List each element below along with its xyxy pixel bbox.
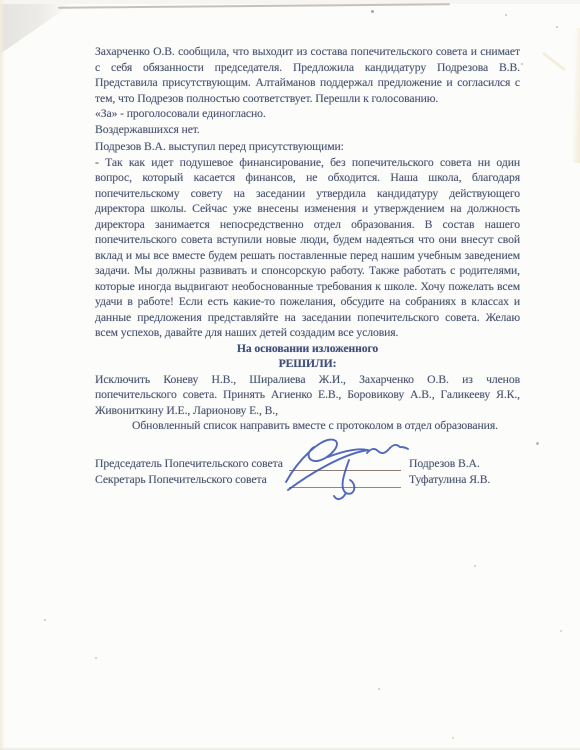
signature-name-label: Туфатулина Я.В.: [405, 472, 490, 488]
scan-speck: [521, 63, 523, 65]
signature-row-secretary: Секретарь Попечительского совета Туфатул…: [95, 471, 520, 488]
signature-underline: [289, 474, 401, 488]
scan-speck: [44, 619, 46, 621]
paper-right-edge: [571, 28, 580, 163]
paragraph-decision: Исключить Коневу Н.В., Ширалиева Ж.И., З…: [95, 372, 520, 419]
scan-speck: [556, 26, 558, 28]
signature-underline: [289, 457, 401, 471]
scan-speck: [505, 14, 507, 16]
scan-speck: [560, 630, 562, 632]
signature-block: Председатель Попечительского совета Подр…: [95, 455, 520, 488]
paper-right-crease: [542, 52, 566, 72]
scan-speck: [95, 657, 97, 659]
signature-role-label: Председатель Попечительского совета: [95, 456, 289, 472]
scan-speck: [474, 565, 476, 567]
scan-speck: [371, 10, 374, 13]
paragraph-resignation: Захарченко О.В. сообщила, что выходит из…: [95, 44, 520, 106]
scan-speck: [378, 688, 380, 690]
paragraph-speech: - Так как идет подушевое финансирование,…: [95, 155, 520, 341]
scanned-document-page: Захарченко О.В. сообщила, что выходит из…: [0, 0, 580, 750]
speech-intro-line: Подрезов В.А. выступил перед присутствую…: [95, 139, 520, 155]
vote-result-line: «За» - проголосовали единогласно.: [95, 106, 520, 122]
signature-role-label: Секретарь Попечительского совета: [95, 472, 289, 488]
final-note-line: Обновленный список направить вместе с пр…: [95, 418, 520, 434]
basis-heading: На основании изложенного: [95, 341, 520, 357]
paper-corner-shadow: [0, 4, 72, 54]
scan-speck: [452, 737, 454, 739]
signature-row-chairman: Председатель Попечительского совета Подр…: [95, 455, 520, 472]
scan-top-band: [0, 0, 580, 4]
paper-left-edge: [0, 0, 5, 750]
decision-heading: РЕШИЛИ:: [95, 356, 520, 372]
signature-name-label: Подрезов В.А.: [405, 456, 480, 472]
paper-top-edge: [58, 3, 450, 8]
scan-speck: [536, 442, 539, 445]
abstained-line: Воздержавшихся нет.: [95, 122, 520, 138]
document-text-column: Захарченко О.В. сообщила, что выходит из…: [95, 44, 520, 488]
